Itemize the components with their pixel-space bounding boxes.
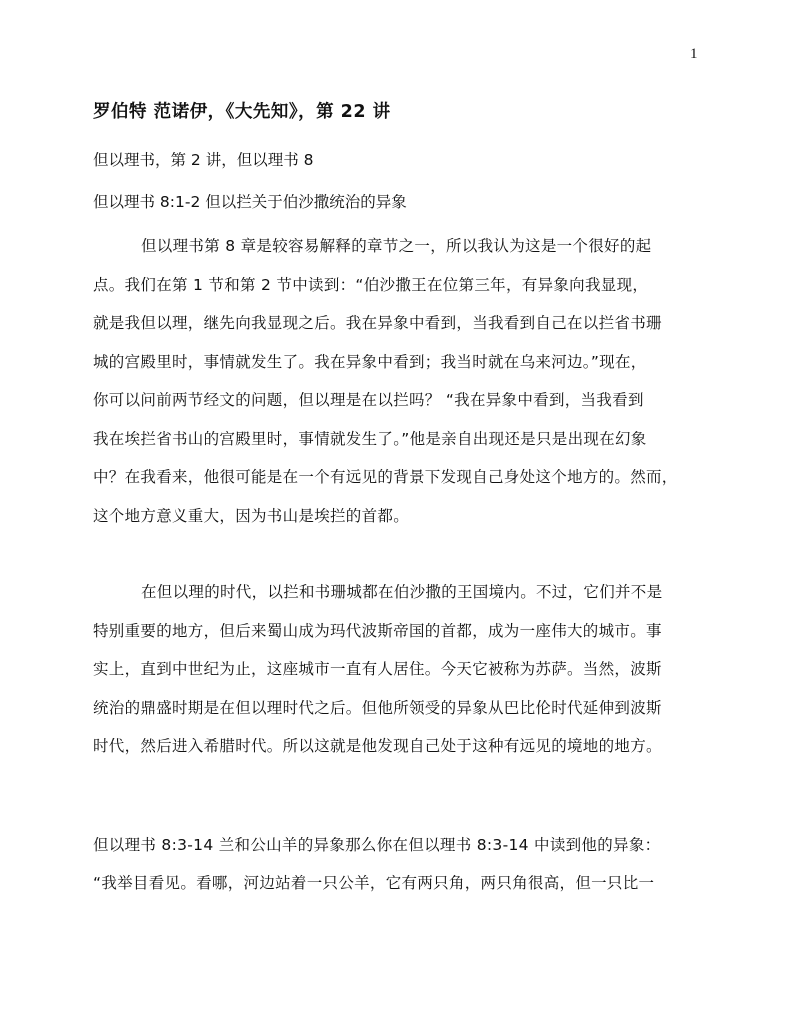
paragraph-1: 但以理书第 8 章是较容易解释的章节之一，所以我认为这是一个很好的起 点。我们在…	[93, 227, 713, 535]
paragraph-2: 在但以理的时代，以拦和书珊城都在伯沙撒的王国境内。不过，它们并不是 特别重要的地…	[93, 573, 713, 766]
paragraph-line: 但以理书第 8 章是较容易解释的章节之一，所以我认为这是一个很好的起	[93, 227, 713, 266]
document-title: 罗伯特 范诺伊，《大先知》，第 22 讲	[93, 98, 391, 123]
paragraph-line: 你可以问前两节经文的问题，但以理是在以拦吗？ “我在异象中看到，当我看到	[93, 381, 713, 420]
paragraph-line: 点。我们在第 1 节和第 2 节中读到：“伯沙撒王在位第三年，有异象向我显现，	[93, 266, 713, 305]
section-3: 但以理书 8:3-14 兰和公山羊的异象那么你在但以理书 8:3-14 中读到他…	[93, 826, 713, 902]
paragraph-line: 统治的鼎盛时期是在但以理时代之后。但他所领受的异象从巴比伦时代延伸到波斯	[93, 689, 713, 728]
paragraph-line: 特别重要的地方，但后来蜀山成为玛代波斯帝国的首都，成为一座伟大的城市。事	[93, 612, 713, 651]
page-number: 1	[690, 46, 698, 63]
paragraph-line: 在但以理的时代，以拦和书珊城都在伯沙撒的王国境内。不过，它们并不是	[93, 573, 713, 612]
paragraph-line: 就是我但以理，继先向我显现之后。我在异象中看到，当我看到自己在以拦省书珊	[93, 304, 713, 343]
paragraph-line: 我在埃拦省书山的宫殿里时，事情就发生了。”他是亲自出现还是只是出现在幻象	[93, 420, 713, 459]
paragraph-line: 实上，直到中世纪为止，这座城市一直有人居住。今天它被称为苏萨。当然，波斯	[93, 650, 713, 689]
paragraph-line: “我举目看见。看哪，河边站着一只公羊，它有两只角，两只角很高，但一只比一	[93, 864, 713, 902]
paragraph-line: 城的宫殿里时，事情就发生了。我在异象中看到；我当时就在乌来河边。”现在，	[93, 343, 713, 382]
paragraph-line: 时代，然后进入希腊时代。所以这就是他发现自己处于这种有远见的境地的地方。	[93, 727, 713, 766]
section-heading: 但以理书 8:1-2 但以拦关于伯沙撒统治的异象	[93, 190, 407, 212]
section-heading-line: 但以理书 8:3-14 兰和公山羊的异象那么你在但以理书 8:3-14 中读到他…	[93, 826, 713, 864]
lecture-subtitle: 但以理书，第 2 讲，但以理书 8	[93, 148, 314, 170]
paragraph-line: 这个地方意义重大，因为书山是埃拦的首都。	[93, 497, 713, 536]
paragraph-line: 中？在我看来，他很可能是在一个有远见的背景下发现自己身处这个地方的。然而，	[93, 458, 713, 497]
